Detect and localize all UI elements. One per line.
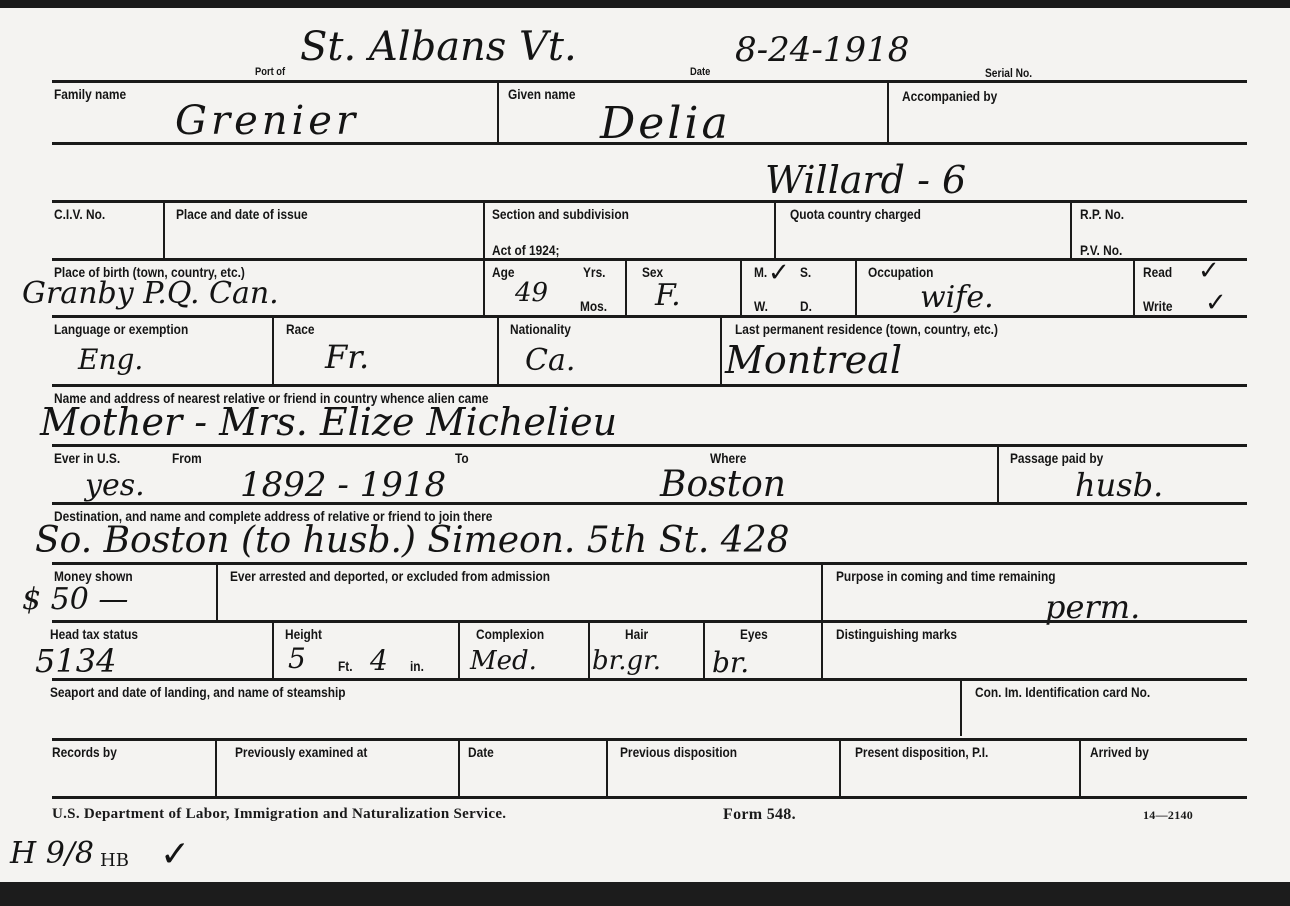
quota-country-label: Quota country charged (790, 206, 921, 222)
read-label: Read (1143, 264, 1172, 280)
date-value: 8-24-1918 (735, 30, 909, 70)
arrived-by-label: Arrived by (1090, 744, 1149, 760)
last-residence-value: Montreal (725, 338, 902, 382)
print-code: 14—2140 (1143, 808, 1193, 823)
con-im-card-label: Con. Im. Identification card No. (975, 684, 1150, 700)
previously-examined-label: Previously examined at (235, 744, 367, 760)
scan-border-bottom (0, 882, 1290, 906)
write-checkmark-icon: ✓ (1205, 288, 1227, 318)
port-label: Port of (255, 66, 285, 78)
widowed-label: W. (754, 298, 768, 314)
single-label: S. (800, 264, 811, 280)
passage-paid-by-label: Passage paid by (1010, 450, 1103, 466)
race-value: Fr. (325, 338, 369, 376)
nationality-label: Nationality (510, 321, 571, 337)
family-name-value: Grenier (175, 98, 359, 144)
distinguishing-marks-label: Distinguishing marks (836, 626, 957, 642)
purpose-label: Purpose in coming and time remaining (836, 568, 1056, 584)
previous-disposition-label: Previous disposition (620, 744, 737, 760)
to-label: To (455, 450, 469, 466)
agency-footer: U.S. Department of Labor, Immigration an… (52, 806, 506, 823)
height-label: Height (285, 626, 322, 642)
money-shown-value: $ 50 — (22, 582, 128, 617)
height-ft-value: 5 (288, 642, 306, 675)
us-period-value: 1892 - 1918 (240, 465, 446, 505)
eyes-value: br. (712, 646, 749, 679)
read-checkmark-icon: ✓ (1198, 256, 1220, 286)
manifest-card: Port of St. Albans Vt. Date 8-24-1918 Se… (0, 8, 1290, 882)
ft-label: Ft. (338, 658, 353, 674)
nationality-value: Ca. (525, 343, 575, 378)
complexion-label: Complexion (476, 626, 544, 642)
head-tax-label: Head tax status (50, 626, 138, 642)
date-label: Date (690, 66, 710, 78)
occupation-value: wife. (920, 280, 994, 315)
pv-no-label: P.V. No. (1080, 242, 1122, 258)
last-residence-label: Last permanent residence (town, country,… (735, 321, 998, 337)
married-checkmark-icon: ✓ (768, 258, 790, 288)
ever-in-us-label: Ever in U.S. (54, 450, 120, 466)
age-value: 49 (515, 278, 548, 308)
complexion-value: Med. (470, 646, 537, 676)
section-subdivision-label: Section and subdivision (492, 206, 629, 222)
race-label: Race (286, 321, 314, 337)
ever-arrested-label: Ever arrested and deported, or excluded … (230, 568, 550, 584)
head-tax-value: 5134 (35, 642, 116, 680)
margin-checkmark-icon: ✓ (160, 834, 190, 875)
place-of-birth-value: Granby P.Q. Can. (22, 276, 279, 311)
ever-in-us-value: yes. (85, 468, 145, 503)
yrs-label: Yrs. (583, 264, 605, 280)
language-value: Eng. (78, 343, 143, 376)
write-label: Write (1143, 298, 1173, 314)
port-value: St. Albans Vt. (300, 24, 577, 70)
sex-value: F. (655, 278, 681, 313)
family-name-label: Family name (54, 86, 126, 102)
form-number: Form 548. (723, 806, 796, 824)
scan-border-top (0, 0, 1290, 8)
hair-value: br.gr. (592, 646, 661, 676)
accompanied-by-label: Accompanied by (902, 88, 997, 104)
place-date-issue-label: Place and date of issue (176, 206, 308, 222)
eyes-label: Eyes (740, 626, 768, 642)
where-value: Boston (660, 464, 786, 505)
passage-paid-by-value: husb. (1075, 466, 1163, 504)
age-label: Age (492, 264, 514, 280)
destination-value: So. Boston (to husb.) Simeon. 5th St. 42… (35, 520, 790, 561)
given-name-label: Given name (508, 86, 575, 102)
records-by-label: Records by (52, 744, 117, 760)
hair-label: Hair (625, 626, 648, 642)
nearest-relative-value: Mother - Mrs. Elize Michelieu (40, 400, 617, 444)
from-label: From (172, 450, 202, 466)
language-label: Language or exemption (54, 321, 188, 337)
rp-no-label: R.P. No. (1080, 206, 1124, 222)
margin-note-initials: H 9/8 (10, 836, 94, 871)
act-1924-label: Act of 1924; (492, 242, 559, 258)
in-label: in. (410, 658, 424, 674)
civ-no-label: C.I.V. No. (54, 206, 105, 222)
married-label: M. (754, 264, 767, 280)
height-in-value: 4 (370, 644, 388, 677)
serial-no-label: Serial No. (985, 66, 1032, 80)
seaport-label: Seaport and date of landing, and name of… (50, 684, 346, 700)
present-disposition-label: Present disposition, P.I. (855, 744, 988, 760)
date-column-label: Date (468, 744, 494, 760)
divorced-label: D. (800, 298, 812, 314)
margin-note-hb: HB (100, 850, 129, 871)
mos-label: Mos. (580, 298, 607, 314)
accompanied-by-value: Willard - 6 (765, 158, 966, 202)
occupation-label: Occupation (868, 264, 933, 280)
